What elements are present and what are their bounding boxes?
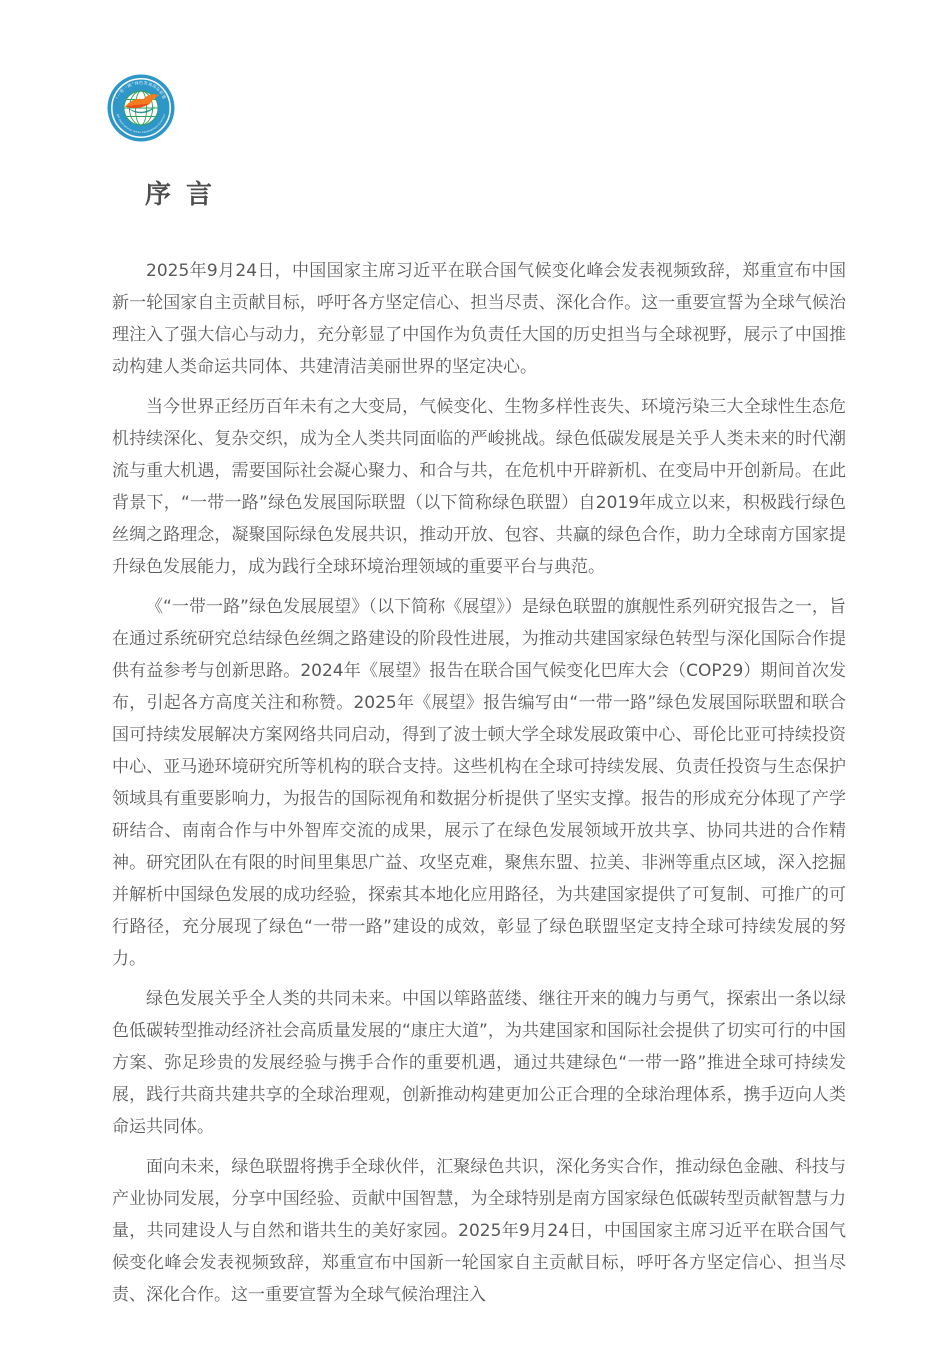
paragraph-1: 2025年9月24日，中国国家主席习近平在联合国气候变化峰会发表视频致辞，郑重宣… [112,255,846,383]
paragraph-3: 《“一带一路”绿色发展展望》（以下简称《展望》）是绿色联盟的旗舰性系列研究报告之… [112,591,846,975]
globe-bird-badge-icon: “一带一路”绿色发展国际联盟 BRI International Green D… [107,74,175,142]
document-body: 2025年9月24日，中国国家主席习近平在联合国气候变化峰会发表视频致辞，郑重宣… [112,255,846,1311]
bri-green-coalition-logo: “一带一路”绿色发展国际联盟 BRI International Green D… [107,74,175,142]
paragraph-4: 绿色发展关乎全人类的共同未来。中国以筚路蓝缕、继往开来的魄力与勇气，探索出一条以… [112,983,846,1143]
paragraph-5: 面向未来，绿色联盟将携手全球伙伴，汇聚绿色共识，深化务实合作，推动绿色金融、科技… [112,1151,846,1311]
paragraph-2: 当今世界正经历百年未有之大变局，气候变化、生物多样性丧失、环境污染三大全球性生态… [112,391,846,583]
page-title: 序 言 [145,180,215,210]
document-page: “一带一路”绿色发展国际联盟 BRI International Green D… [0,0,950,1352]
